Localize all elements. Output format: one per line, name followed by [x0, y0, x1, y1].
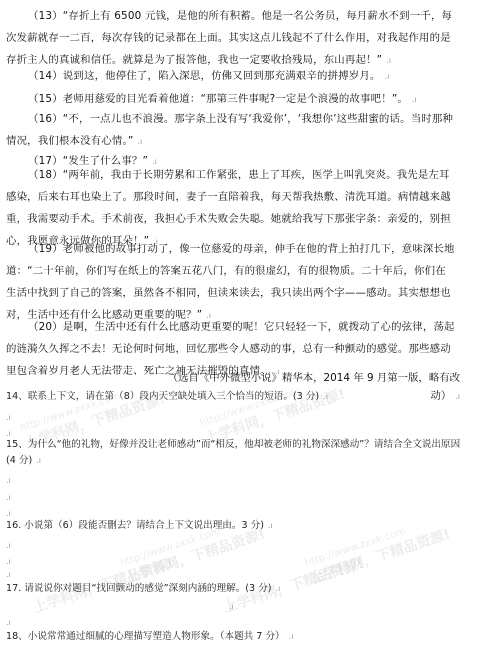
question-14: 14、联系上下文，请在第（8）段内天空缺处填入三个恰当的短语。(3 分).ı — [6, 389, 466, 405]
answer-blank[interactable]: .ı — [6, 493, 11, 502]
question-18: 18、小说常常通过细腻的心理描写塑造人物形象。（本题共 7 分）.ı — [6, 629, 466, 645]
exam-page: http://www.zxxk.com上学科网，下精品资源! http://ww… — [0, 0, 487, 670]
answer-blank[interactable]: .ı — [6, 557, 11, 566]
answer-blank[interactable]: .ı — [6, 618, 11, 627]
answer-blank[interactable]: .ı — [6, 413, 11, 422]
answer-blank[interactable]: .ı — [6, 541, 11, 550]
answer-blank[interactable]: .ı — [229, 602, 234, 611]
answer-blank[interactable]: .ı — [6, 570, 11, 579]
question-16: 16. 小说第（6）段能否删去？请结合上下文说出理由。3 分).ı — [6, 518, 466, 534]
paragraph-14: （14）说到这，他停住了，陷入深思，仿佛又回到那充满艰辛的拼搏岁月。.ı — [6, 65, 456, 88]
question-17: 17. 请说说你对题目“找回颤动的感觉”深刻内涵的理解。(3 分).ı — [6, 581, 466, 597]
answer-blank[interactable]: .ı — [6, 476, 11, 485]
paragraph-19: （19）老师被他的故事打动了，像一位慈爱的母亲，伸手在他的背上拍打几下，意味深长… — [6, 238, 456, 327]
paragraph-13: （13）“存折上有 6500 元钱，是他的所有积蓄。他是一名公务员，每月薪水不到… — [6, 5, 456, 72]
paragraph-16: （16）“不，一点儿也不浪漫。那字条上没有写‘我爱你’，‘我想你’这些甜蜜的话。… — [6, 108, 456, 153]
question-15: 15、为什么“他的礼物，好像并没让老师感动”而“相反，他却被老师的礼物深深感动”… — [6, 437, 466, 469]
answer-blank[interactable]: .ı — [6, 509, 11, 518]
